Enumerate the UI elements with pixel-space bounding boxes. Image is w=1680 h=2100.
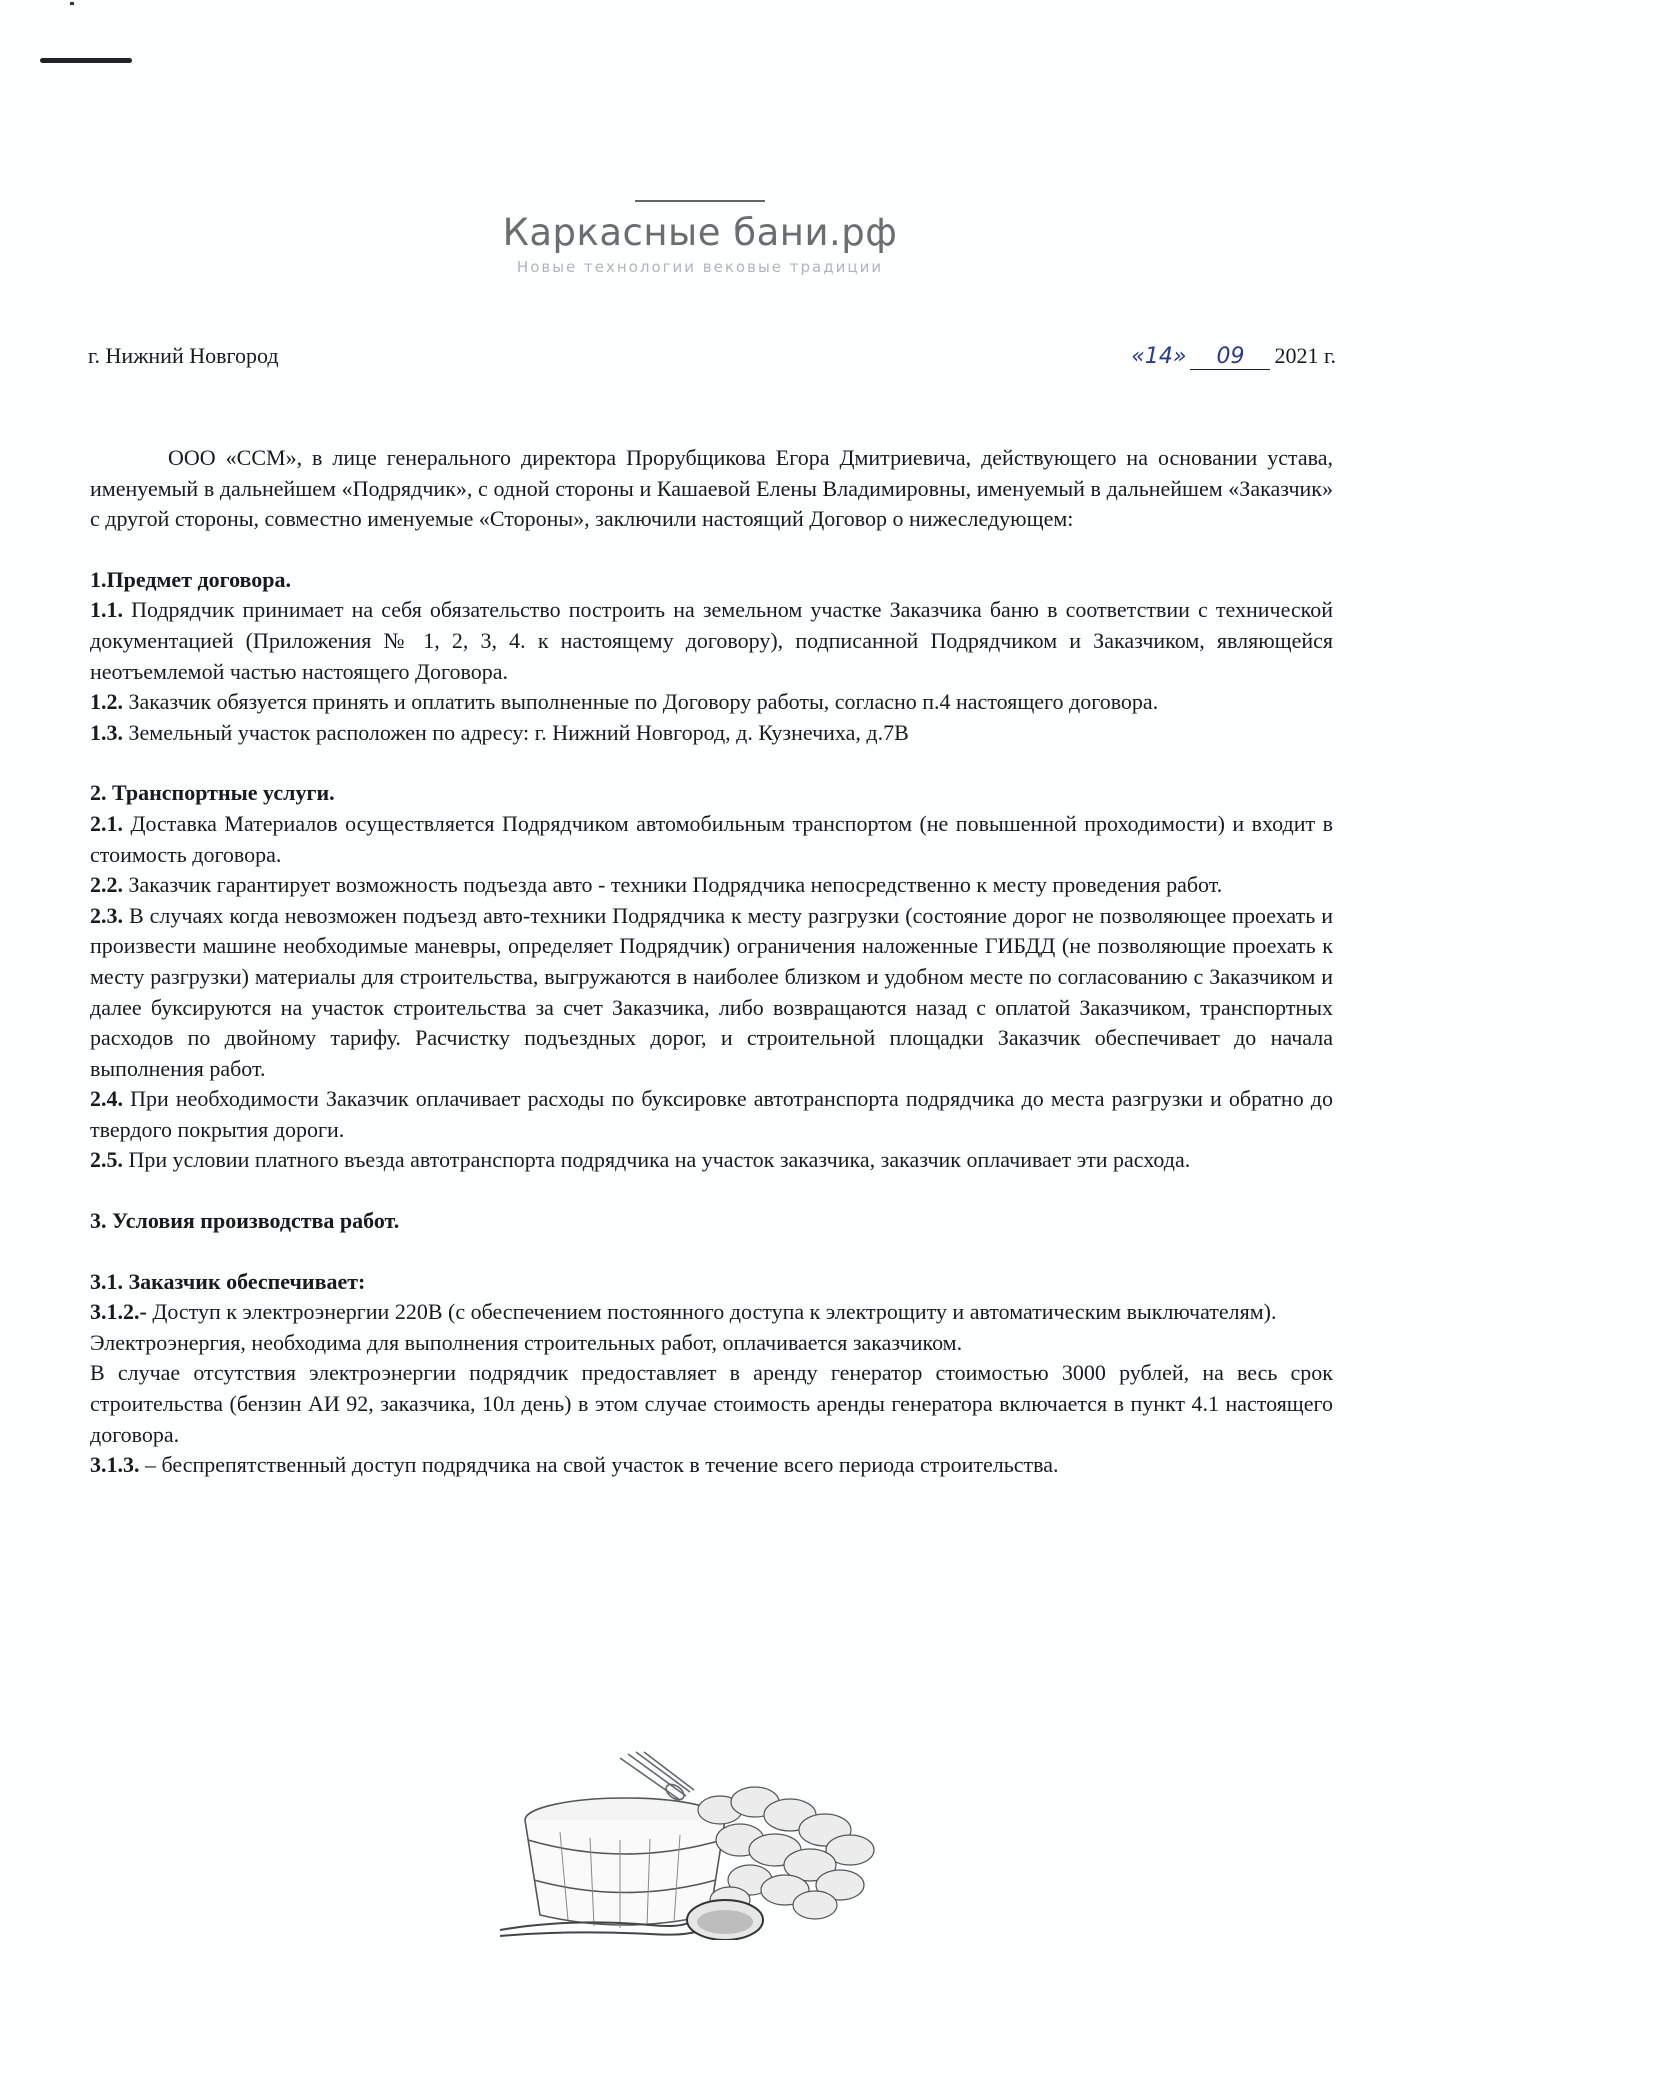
clause-text: Земельный участок расположен по адресу: … bbox=[123, 720, 909, 745]
clause-number: 3.1.3. bbox=[90, 1452, 140, 1477]
spacer bbox=[90, 748, 1333, 778]
clause: 1.2. Заказчик обязуется принять и оплати… bbox=[90, 687, 1333, 718]
day-value: 14 bbox=[1145, 344, 1173, 369]
place-date-line: г. Нижний Новгород «14» 09 2021 г. bbox=[88, 343, 1336, 370]
clause-number: 2.2. bbox=[90, 872, 123, 897]
clause: 3.1.3. – беспрепятственный доступ подряд… bbox=[90, 1450, 1333, 1481]
clause-number: 3.1.2.- bbox=[90, 1299, 147, 1324]
scan-artifact bbox=[40, 58, 132, 63]
clause-text: – беспрепятственный доступ подрядчика на… bbox=[140, 1452, 1059, 1477]
clause-text: Доставка Материалов осуществляется Подря… bbox=[90, 811, 1333, 867]
clause: 2.5. При условии платного въезда автотра… bbox=[90, 1145, 1333, 1176]
clause: 1.1. Подрядчик принимает на себя обязате… bbox=[90, 595, 1333, 687]
subsection-title: 3.1. Заказчик обеспечивает: bbox=[90, 1267, 1333, 1298]
clause-text: В случае отсутствия электроэнергии подря… bbox=[90, 1360, 1333, 1446]
bath-tub-broom-ladle-icon bbox=[490, 1740, 910, 1940]
clause: 2.1. Доставка Материалов осуществляется … bbox=[90, 809, 1333, 870]
clause-text: При необходимости Заказчик оплачивает ра… bbox=[90, 1086, 1333, 1142]
clause-number: 2.4. bbox=[90, 1086, 123, 1111]
clause: 1.3. Земельный участок расположен по адр… bbox=[90, 718, 1333, 749]
clause-text: Подрядчик принимает на себя обязательств… bbox=[90, 597, 1333, 683]
clause: 3.1.2.- Доступ к электроэнергии 220В (с … bbox=[90, 1297, 1333, 1328]
contract-date: «14» 09 2021 г. bbox=[1131, 343, 1336, 370]
clause: 2.4. При необходимости Заказчик оплачива… bbox=[90, 1084, 1333, 1145]
clause-text: Заказчик гарантирует возможность подъезд… bbox=[123, 872, 1222, 897]
city: г. Нижний Новгород bbox=[88, 343, 279, 370]
clause-text: При условии платного въезда автотранспор… bbox=[123, 1147, 1190, 1172]
day: «14» bbox=[1131, 344, 1186, 369]
clause: 2.2. Заказчик гарантирует возможность по… bbox=[90, 870, 1333, 901]
year: 2021 г. bbox=[1274, 343, 1336, 369]
clause-text: В случаях когда невозможен подъезд авто-… bbox=[90, 903, 1333, 1081]
clause-number: 1.3. bbox=[90, 720, 123, 745]
clause-text: Доступ к электроэнергии 220В (с обеспече… bbox=[147, 1299, 1277, 1324]
clause-text: Электроэнергия, необходима для выполнени… bbox=[90, 1330, 962, 1355]
spacer bbox=[90, 1237, 1333, 1267]
spacer bbox=[90, 1176, 1333, 1206]
clause: В случае отсутствия электроэнергии подря… bbox=[90, 1358, 1333, 1450]
quote-close: » bbox=[1173, 344, 1187, 369]
logo-title: Каркасные бани.рф bbox=[400, 212, 1000, 254]
clause: Электроэнергия, необходима для выполнени… bbox=[90, 1328, 1333, 1359]
clause-number: 1.2. bbox=[90, 689, 123, 714]
logo-rule bbox=[635, 200, 765, 202]
clause-number: 1.1. bbox=[90, 597, 123, 622]
clause-number: 2.5. bbox=[90, 1147, 123, 1172]
logo-tagline: Новые технологии вековые традиции bbox=[400, 258, 1000, 276]
contract-body: ООО «ССМ», в лице генерального директора… bbox=[90, 443, 1333, 1481]
company-logo: Каркасные бани.рф Новые технологии веков… bbox=[400, 200, 1000, 276]
clause-number: 2.3. bbox=[90, 903, 123, 928]
month: 09 bbox=[1190, 344, 1270, 370]
clause-number: 2.1. bbox=[90, 811, 123, 836]
clause: 2.3. В случаях когда невозможен подъезд … bbox=[90, 901, 1333, 1085]
section-title: 1.Предмет договора. bbox=[90, 565, 1333, 596]
quote-open: « bbox=[1131, 344, 1145, 369]
scan-artifact bbox=[70, 2, 74, 5]
section-title: 3. Условия производства работ. bbox=[90, 1206, 1333, 1237]
clause-text: Заказчик обязуется принять и оплатить вы… bbox=[123, 689, 1158, 714]
section-title: 2. Транспортные услуги. bbox=[90, 778, 1333, 809]
intro-paragraph: ООО «ССМ», в лице генерального директора… bbox=[90, 443, 1333, 535]
